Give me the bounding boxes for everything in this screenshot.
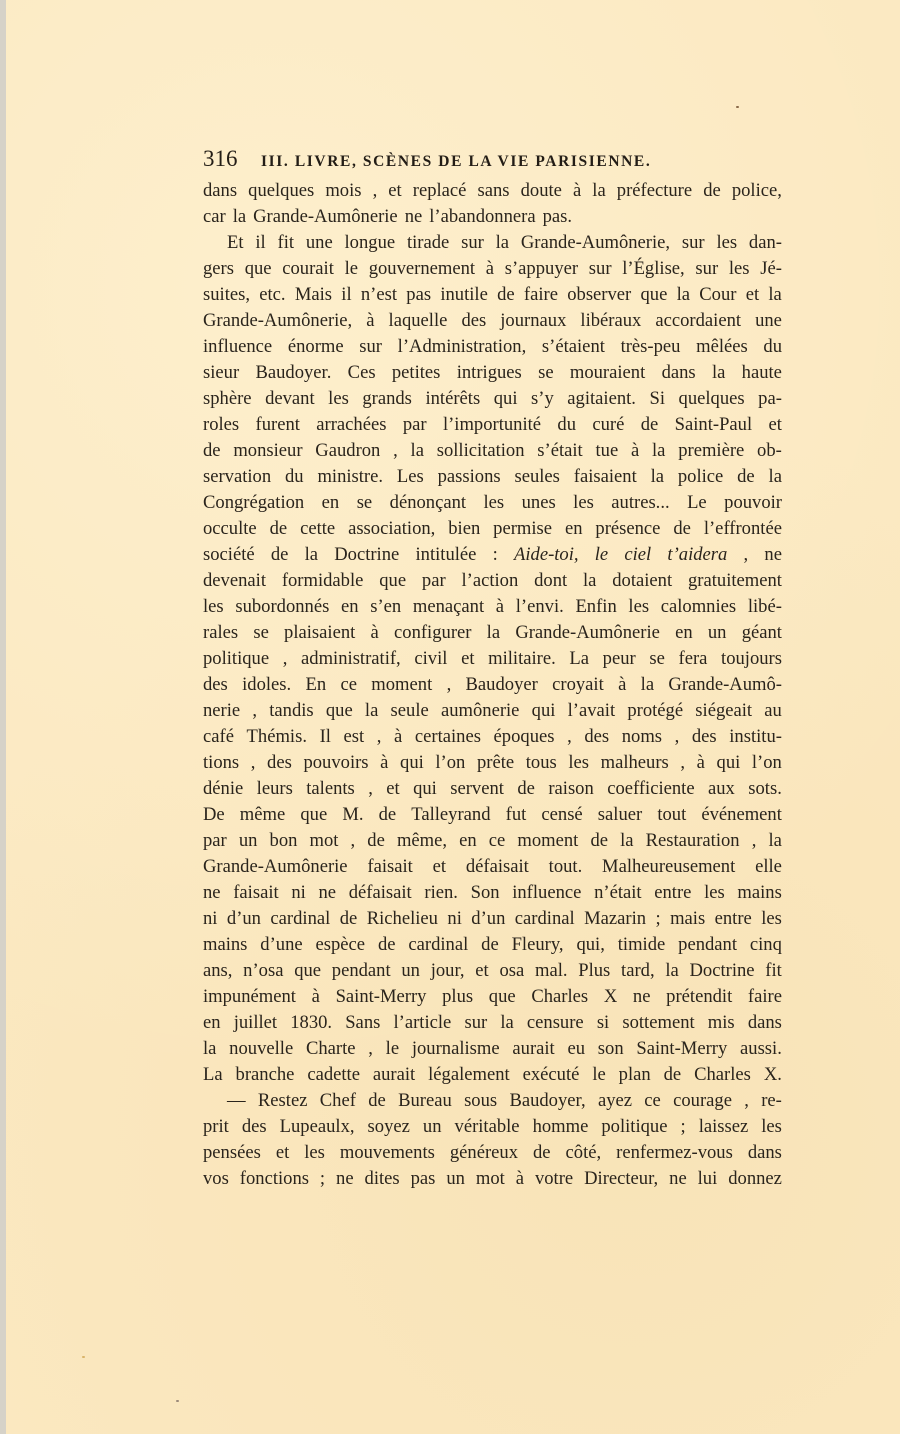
word: plaisaient	[284, 620, 355, 646]
word: nerie	[203, 698, 240, 724]
word: pouvoir	[724, 490, 782, 516]
word: aussi.	[740, 1036, 782, 1062]
word: sots.	[748, 776, 782, 802]
word: du	[285, 464, 304, 490]
word: branche	[236, 1062, 295, 1088]
word: Et	[227, 230, 244, 256]
word: très-peu	[621, 334, 681, 360]
word: longue	[345, 230, 396, 256]
text-line: sphèredevantlesgrandsintérêtsquis’yagita…	[203, 386, 782, 412]
word: ,	[393, 438, 398, 464]
text-line: Labranchecadetteauraitlégalementexécutél…	[203, 1062, 782, 1088]
word: à	[631, 438, 639, 464]
word: à	[312, 984, 320, 1010]
word: ni	[447, 906, 461, 932]
word: pa-	[758, 386, 782, 412]
text-line: demonsieurGaudron,lasollicitations’était…	[203, 438, 782, 464]
word: tous	[526, 750, 557, 776]
word: il	[341, 282, 351, 308]
text-line: Grande-Aumônerie,àlaquelledesjournauxlib…	[203, 308, 782, 334]
word: la	[411, 438, 424, 464]
text-line: EtilfitunelonguetiradesurlaGrande-Aumône…	[203, 230, 782, 256]
word: pendant	[332, 958, 391, 984]
word: gouvernement	[369, 256, 475, 282]
word: première	[678, 438, 744, 464]
word: seules	[514, 464, 559, 490]
word: Grande-Aumônerie,	[521, 230, 670, 256]
word: tue	[596, 438, 619, 464]
word: laquelle	[389, 308, 448, 334]
word: noms	[622, 724, 662, 750]
word: fonctions	[240, 1166, 309, 1192]
word: ,	[680, 750, 685, 776]
word: généreux	[450, 1140, 518, 1166]
word: la	[768, 282, 781, 308]
word: les	[203, 594, 224, 620]
word: M.	[342, 802, 363, 828]
word: café	[203, 724, 234, 750]
word: ,	[252, 698, 257, 724]
word: malheurs	[601, 750, 669, 776]
word: légalement	[428, 1062, 510, 1088]
word: tirade	[407, 230, 449, 256]
word: croyait	[552, 672, 604, 698]
word: mouvements	[340, 1140, 435, 1166]
word: pouvoirs	[303, 750, 368, 776]
word: à	[516, 1166, 524, 1192]
word: dan-	[749, 230, 782, 256]
word: des	[692, 724, 717, 750]
word: que	[641, 282, 668, 308]
word: mis	[708, 1010, 735, 1036]
word: plus	[442, 984, 473, 1010]
word: certaines	[415, 724, 481, 750]
word: il	[255, 230, 265, 256]
word: fut	[506, 802, 527, 828]
text-line: sieurBaudoyer.Cespetitesintriguessemoura…	[203, 360, 782, 386]
word: se	[253, 620, 269, 646]
word: un	[401, 958, 420, 984]
word: donnez	[728, 1166, 782, 1192]
word: prit	[203, 1114, 229, 1140]
word: en	[565, 516, 583, 542]
word: défaisait	[466, 854, 529, 880]
word: Congrégation	[203, 490, 304, 516]
word: à	[573, 178, 581, 204]
word: Directeur,	[584, 1166, 658, 1192]
word: les	[328, 386, 349, 412]
word: la	[712, 360, 725, 386]
word: les	[568, 750, 589, 776]
word: la	[305, 542, 318, 568]
word: ,	[744, 1088, 749, 1114]
word: la	[641, 672, 654, 698]
word: Saint-Merry	[336, 984, 427, 1010]
text-line: desidoles.Encemoment,BaudoyercroyaitàlaG…	[203, 672, 782, 698]
word: ,	[447, 672, 452, 698]
word: Saint-Merry	[636, 1036, 727, 1062]
text-line: dansquelquesmois,etreplacésansdouteàlapr…	[203, 178, 782, 204]
word: une	[306, 230, 333, 256]
word: impunément	[203, 984, 296, 1010]
text-line: parunbonmot,demême,encemomentdelaRestaur…	[203, 828, 782, 854]
word: rales	[203, 620, 238, 646]
word: Plus	[578, 958, 610, 984]
word: la	[365, 698, 378, 724]
word: la	[592, 178, 605, 204]
word: au	[764, 698, 782, 724]
text-line: nerie,tandisquelaseuleaumôneriequil’avai…	[203, 698, 782, 724]
italic-word: ciel	[624, 542, 651, 568]
word: sollicitation	[437, 438, 525, 464]
word: les	[573, 490, 594, 516]
word: ne	[203, 880, 221, 906]
word: les	[761, 906, 782, 932]
word: juillet	[234, 1010, 277, 1036]
word: ne	[633, 984, 651, 1010]
word: en	[675, 620, 693, 646]
word: s’en	[370, 594, 401, 620]
word: géant	[742, 620, 782, 646]
word: se	[357, 490, 373, 516]
word: lui	[698, 1166, 718, 1192]
word: civil	[414, 646, 447, 672]
word: cardinal	[270, 906, 330, 932]
word: Grande-Aumônerie	[515, 620, 660, 646]
word: Jé-	[760, 256, 782, 282]
word: sur	[464, 1010, 487, 1036]
word: X.	[764, 1062, 782, 1088]
word: passions	[438, 464, 501, 490]
word: Si	[649, 386, 665, 412]
word: Saint-Paul	[675, 412, 752, 438]
word: qui	[400, 750, 424, 776]
word: replacé	[413, 178, 467, 204]
word: osa	[499, 958, 524, 984]
word: quelques	[248, 178, 314, 204]
word: la	[496, 230, 509, 256]
word: de	[481, 932, 499, 958]
word: intitulée	[415, 542, 476, 568]
word: et	[433, 854, 446, 880]
word: Enfin	[575, 594, 616, 620]
word: subordonnés	[235, 594, 329, 620]
word: association,	[348, 516, 435, 542]
text-line: influenceénormesurl’Administration,s’éta…	[203, 334, 782, 360]
word: X	[604, 984, 617, 1010]
word: Mais	[295, 282, 332, 308]
word: d’une	[260, 932, 302, 958]
word: fit	[278, 230, 295, 256]
word: de	[497, 282, 515, 308]
word: Le	[687, 490, 707, 516]
word: politique	[601, 1114, 667, 1140]
word: du	[557, 412, 576, 438]
word: s’y	[531, 386, 554, 412]
text-line: devenaitformidablequeparl’actiondontlado…	[203, 568, 782, 594]
word: de	[367, 828, 385, 854]
word: s’étaient	[542, 334, 605, 360]
word: l’action	[461, 568, 518, 594]
word: devenait	[203, 568, 266, 594]
word: sieur	[203, 360, 239, 386]
word: Fleury,	[512, 932, 564, 958]
word: ,	[567, 724, 572, 750]
word: laissez	[699, 1114, 749, 1140]
word: talents	[306, 776, 355, 802]
word: l’effrontée	[704, 516, 782, 542]
word: le	[386, 1036, 399, 1062]
word: courage	[673, 1088, 732, 1114]
word: En	[306, 672, 327, 698]
body-text: dansquelquesmois,etreplacésansdouteàlapr…	[203, 178, 782, 1192]
word: de	[203, 438, 221, 464]
word: cardinal	[515, 906, 575, 932]
text-line: rolesfurentarrachéesparl’importunitéducu…	[203, 412, 782, 438]
word: entre	[654, 880, 691, 906]
word: calomnies	[661, 594, 736, 620]
word: saluer	[598, 802, 642, 828]
word: mois	[325, 178, 361, 204]
word: se	[538, 360, 554, 386]
word: des	[203, 672, 228, 698]
word: un	[423, 1114, 442, 1140]
word: Baudoyer.	[255, 360, 331, 386]
word: mot	[310, 828, 339, 854]
word: aux	[708, 776, 735, 802]
word: unes	[522, 490, 556, 516]
word: le	[592, 1062, 605, 1088]
word: intrigues	[457, 360, 522, 386]
word: Doctrine	[334, 542, 399, 568]
word: la	[233, 204, 246, 230]
word: sur	[589, 256, 612, 282]
word: occulte	[203, 516, 257, 542]
word: libé-	[748, 594, 782, 620]
word: permise	[493, 516, 552, 542]
word: se	[649, 646, 665, 672]
word: ministre.	[317, 464, 383, 490]
word: Son	[471, 880, 500, 906]
word: ,	[744, 542, 749, 568]
word: ayez	[598, 1088, 632, 1114]
word: ;	[681, 1114, 686, 1140]
word: petites	[392, 360, 441, 386]
word: à	[486, 256, 494, 282]
word: ,	[368, 776, 373, 802]
word: des	[242, 1114, 267, 1140]
word: du	[763, 334, 782, 360]
word: censure	[527, 1010, 584, 1036]
word: s’appuyer	[505, 256, 578, 282]
word: roles	[203, 412, 239, 438]
word: ob-	[757, 438, 782, 464]
word: raison	[548, 776, 593, 802]
word: défaisait	[349, 880, 412, 906]
word: des	[584, 724, 609, 750]
word: vos	[203, 1166, 229, 1192]
word: en	[322, 490, 340, 516]
word: sur	[682, 230, 705, 256]
word: journaux	[500, 308, 566, 334]
word: l’envi.	[516, 594, 564, 620]
word: siégeait	[695, 698, 752, 724]
word: n’est	[361, 282, 397, 308]
word: tions	[203, 750, 239, 776]
word: rien.	[424, 880, 458, 906]
word: la	[769, 464, 782, 490]
word: dénonçant	[390, 490, 466, 516]
word: observer	[567, 282, 631, 308]
word: qui	[532, 698, 556, 724]
word: que	[326, 698, 353, 724]
word: les	[729, 256, 750, 282]
word: fera	[679, 646, 708, 672]
italic-word: Aide-toi,	[514, 542, 579, 568]
word: dont	[534, 568, 567, 594]
word: et	[461, 646, 474, 672]
word: Il	[320, 724, 331, 750]
word: mot	[476, 1166, 505, 1192]
word: côté,	[566, 1140, 602, 1166]
word: de	[590, 828, 608, 854]
word: cette	[300, 516, 335, 542]
word: configurer	[394, 620, 471, 646]
italic-word: t’aidera	[667, 542, 727, 568]
word: à	[394, 724, 402, 750]
text-line: penséesetlesmouvementsgénéreuxdecôté,ren…	[203, 1140, 782, 1166]
word: de	[533, 1140, 551, 1166]
word: dotaient	[612, 568, 672, 594]
text-line: gersquecouraitlegouvernementàs’appuyersu…	[203, 256, 782, 282]
word: époques	[494, 724, 555, 750]
word: Mazarin	[584, 906, 646, 932]
word: à	[371, 620, 379, 646]
word: ,	[752, 828, 757, 854]
word: son	[598, 1036, 624, 1062]
word: dans	[662, 360, 696, 386]
word: ne	[764, 542, 782, 568]
word: la	[677, 282, 690, 308]
word: de	[664, 1062, 682, 1088]
word: tout.	[549, 854, 583, 880]
word: et	[746, 282, 759, 308]
word: suites,	[203, 282, 250, 308]
word: bon	[270, 828, 298, 854]
word: faisait	[367, 854, 412, 880]
running-head: 316 III. LIVRE, SCÈNES DE LA VIE PARISIE…	[203, 146, 783, 172]
word: que	[245, 256, 272, 282]
word: est	[344, 724, 365, 750]
word: inutile	[440, 282, 488, 308]
word: s’était	[537, 438, 582, 464]
word: 1830.	[290, 1010, 332, 1036]
italic-word: le	[595, 542, 608, 568]
word: à	[618, 672, 626, 698]
word: et	[769, 412, 782, 438]
word: les	[761, 1114, 782, 1140]
page-number: 316	[203, 146, 261, 172]
word: servent	[450, 776, 504, 802]
word: pas	[411, 1166, 436, 1192]
word: Charles	[694, 1062, 751, 1088]
word: accordaient	[655, 308, 741, 334]
word: ce	[340, 672, 357, 698]
word: ce	[644, 1088, 661, 1114]
word: sous	[464, 1088, 497, 1114]
word: mouraient	[570, 360, 645, 386]
word: et	[475, 958, 488, 984]
text-line: politique,administratif,civiletmilitaire…	[203, 646, 782, 672]
word: sur	[359, 334, 382, 360]
word: le	[345, 256, 358, 282]
word: Gaudron	[315, 438, 380, 464]
text-line: lessubordonnésens’enmenaçantàl’envi.Enfi…	[203, 594, 782, 620]
word: exécuté	[523, 1062, 580, 1088]
word: que	[379, 568, 406, 594]
word: Cour	[699, 282, 736, 308]
word: ne	[669, 1166, 687, 1192]
running-head-title: III. LIVRE, SCÈNES DE LA VIE PARISIENNE.	[261, 153, 651, 171]
word: de	[379, 802, 397, 828]
word: votre	[535, 1166, 573, 1192]
word: que	[300, 802, 327, 828]
word: un	[708, 620, 727, 646]
word: qui	[717, 750, 741, 776]
word: courait	[282, 256, 334, 282]
word: Lupeaulx,	[280, 1114, 355, 1140]
word: en	[203, 1010, 221, 1036]
word: tandis	[269, 698, 313, 724]
word: que	[489, 984, 516, 1010]
word: Malheureusement	[602, 854, 735, 880]
word: furent	[256, 412, 300, 438]
word: la	[620, 828, 633, 854]
word: d’un	[227, 906, 261, 932]
word: sans	[478, 178, 510, 204]
word: ;	[655, 906, 660, 932]
word: véritable	[455, 1114, 520, 1140]
text-line: vosfonctions;neditespasunmotàvotreDirect…	[203, 1166, 782, 1192]
word: soyez	[368, 1114, 410, 1140]
word: ne	[405, 204, 423, 230]
word: la	[203, 1036, 216, 1062]
word: devant	[265, 386, 315, 412]
word: administratif,	[301, 646, 401, 672]
word: la	[665, 958, 678, 984]
word: homme	[533, 1114, 589, 1140]
word: mains	[737, 880, 781, 906]
word: événement	[701, 802, 782, 828]
word: aumônerie	[441, 698, 519, 724]
word: en	[341, 594, 359, 620]
word: :	[493, 542, 498, 568]
word: arrachées	[316, 412, 386, 438]
word: ce	[489, 828, 506, 854]
word: si	[597, 1010, 609, 1036]
word: De	[203, 802, 225, 828]
word: société	[203, 542, 255, 568]
word: dénie	[203, 776, 243, 802]
word: Thémis.	[247, 724, 307, 750]
text-line: servationduministre.Lespassionsseulesfai…	[203, 464, 782, 490]
word: prête	[477, 750, 514, 776]
word: Grande-Aumônerie	[203, 854, 348, 880]
word: les	[628, 594, 649, 620]
word: ans,	[203, 958, 232, 984]
word: de	[378, 932, 396, 958]
word: plan	[619, 1062, 651, 1088]
